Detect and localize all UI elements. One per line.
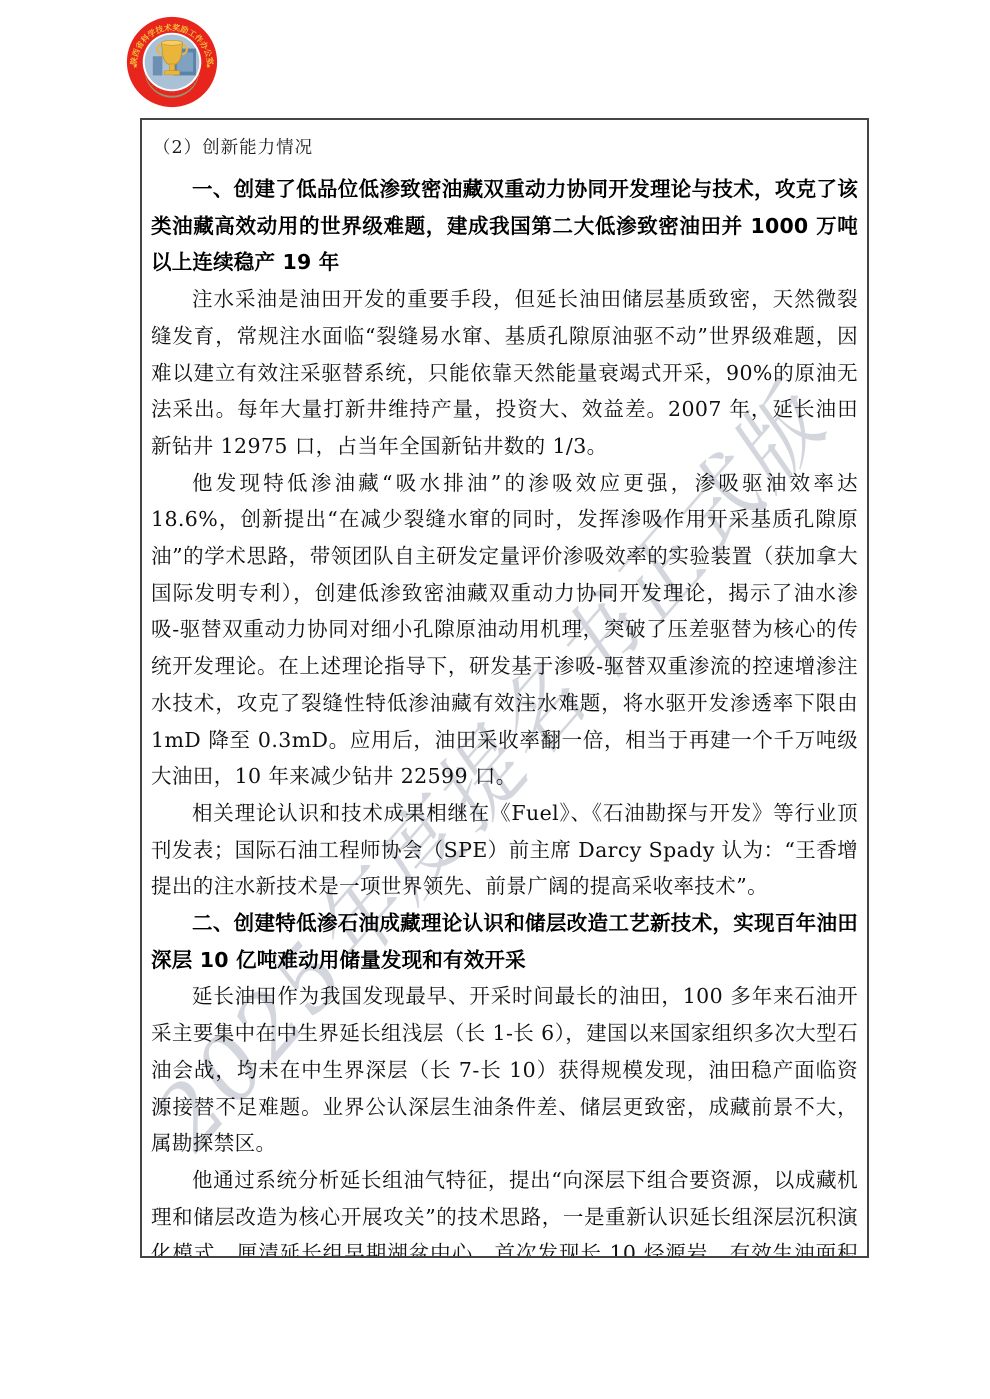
heading-paragraph-2: 二、创建特低渗石油成藏理论认识和储层改造工艺新技术，实现百年油田深层 10 亿吨… <box>151 905 858 978</box>
document-page: { "page": { "section_label": "（2）创新能力情况"… <box>0 0 990 1399</box>
award-office-seal: 陕西省科学技术奖励工作办公室 · · · · · · · · · · · · ·… <box>124 14 220 110</box>
seal-graphic: 陕西省科学技术奖励工作办公室 · · · · · · · · · · · · ·… <box>124 14 220 110</box>
heading-paragraph-1: 一、创建了低品位低渗致密油藏双重动力协同开发理论与技术，攻克了该类油藏高效动用的… <box>151 171 858 281</box>
seal-star-left: ★ <box>133 63 138 70</box>
body-paragraph-2: 他发现特低渗油藏“吸水排油”的渗吸效应更强，渗吸驱油效率达 18.6%，创新提出… <box>151 465 858 795</box>
body-paragraph-4: 延长油田作为我国发现最早、开采时间最长的油田，100 多年来石油开采主要集中在中… <box>151 978 858 1162</box>
seal-star-right: ★ <box>206 63 211 70</box>
content-box: （2）创新能力情况 一、创建了低品位低渗致密油藏双重动力协同开发理论与技术，攻克… <box>140 118 869 1258</box>
body-paragraph-5: 他通过系统分析延长组油气特征，提出“向深层下组合要资源，以成藏机理和储层改造为核… <box>151 1162 858 1258</box>
body-paragraph-3: 相关理论认识和技术成果相继在《Fuel》、《石油勘探与开发》等行业顶刊发表；国际… <box>151 795 858 905</box>
body-paragraph-1: 注水采油是油田开发的重要手段，但延长油田储层基质致密，天然微裂缝发育，常规注水面… <box>151 281 858 465</box>
section-label: （2）创新能力情况 <box>153 134 858 159</box>
